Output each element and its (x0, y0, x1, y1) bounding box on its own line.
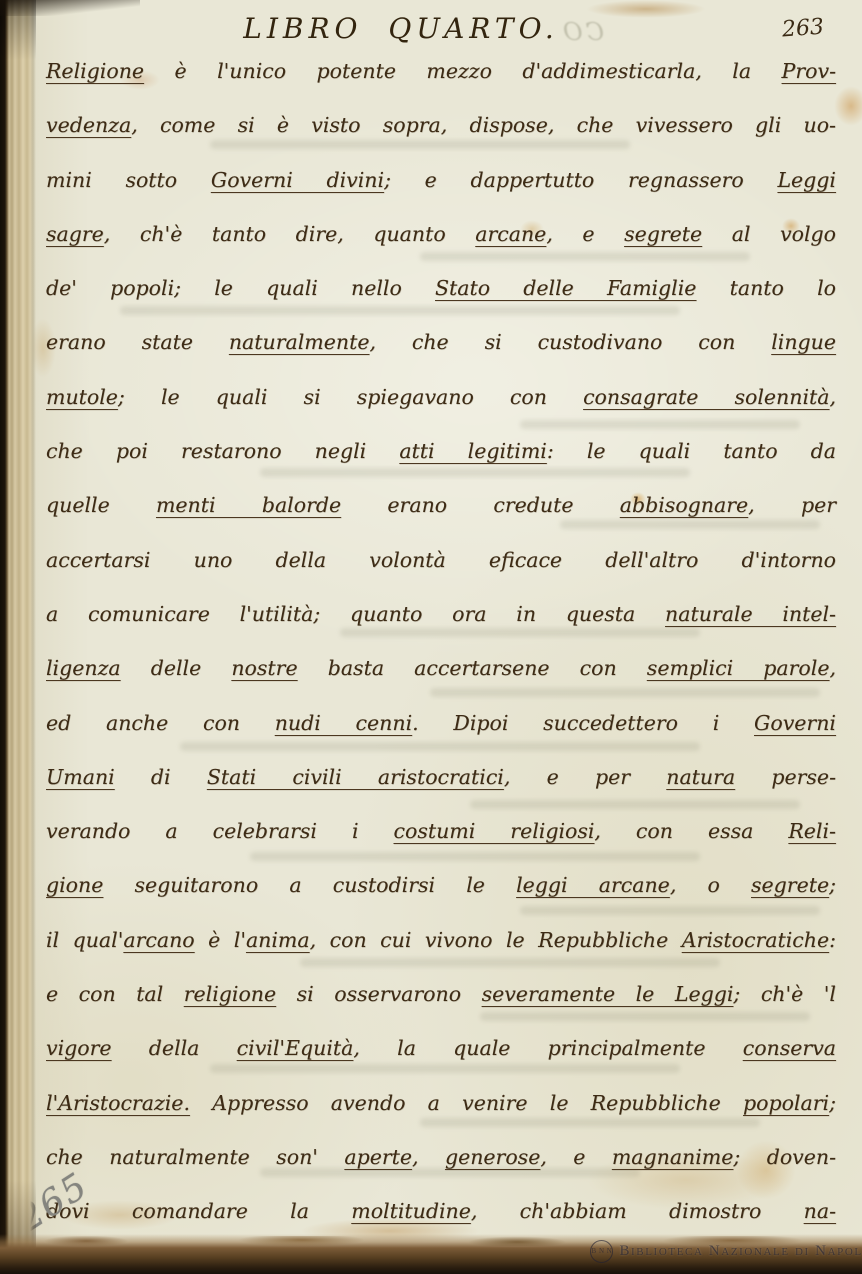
underlined-phrase: Leggi (777, 168, 836, 192)
manuscript-line: vigore della civil'Equità, la quale prin… (46, 1021, 836, 1075)
text-segment: quelle (46, 493, 156, 517)
text-segment: . Dipoi succedettero i (412, 711, 754, 735)
manuscript-line: il qual'arcano è l'anima, con cui vivono… (46, 913, 836, 967)
underlined-phrase: atti legitimi (399, 439, 547, 463)
text-segment: verando a celebrarsi i (46, 819, 394, 843)
text-segment: a comunicare l'utilità; quanto ora in qu… (46, 602, 665, 626)
text-segment: tanto lo (696, 276, 836, 300)
manuscript-line: che poi restarono negli atti legitimi: l… (46, 424, 836, 478)
underlined-phrase: severamente le Leggi (482, 982, 734, 1006)
text-segment: , (829, 656, 836, 680)
text-segment: accertarsi uno della volontà eficace del… (46, 548, 836, 572)
text-segment: , la quale principalmente (353, 1036, 742, 1060)
manuscript-line: vedenza, come si è visto sopra, dispose,… (46, 98, 836, 152)
manuscript-line: Umani di Stati civili aristocratici, e p… (46, 750, 836, 804)
text-segment: seguitarono a custodirsi le (103, 873, 516, 897)
underlined-phrase: naturalmente (229, 330, 370, 354)
text-segment: è l'unico potente mezzo d'addimesticarla… (144, 59, 782, 83)
underlined-phrase: leggi arcane (516, 873, 670, 897)
underlined-phrase: nostre (231, 656, 297, 680)
text-segment: che poi restarono negli (46, 439, 399, 463)
text-segment: , (412, 1145, 445, 1169)
text-segment: perse- (735, 765, 836, 789)
text-segment: è l' (195, 928, 246, 952)
manuscript-line: erano state naturalmente, che si custodi… (46, 315, 836, 369)
manuscript-line: Religione è l'unico potente mezzo d'addi… (46, 44, 836, 98)
underlined-phrase: anima (246, 928, 310, 952)
text-segment: , e (540, 1145, 611, 1169)
underlined-phrase: costumi religiosi (394, 819, 595, 843)
text-segment: Appresso avendo a venire le Repubbliche (190, 1091, 743, 1115)
folio-number: 263 (781, 15, 825, 43)
text-segment: de' popoli; le quali nello (46, 276, 435, 300)
text-segment: , ch'abbiam dimostro (471, 1199, 804, 1223)
text-segment: : (829, 928, 836, 952)
text-segment: , con cui vivono le Repubbliche (310, 928, 682, 952)
underlined-phrase: naturale intel- (665, 602, 836, 626)
underlined-phrase: vigore (46, 1036, 112, 1060)
book-binding-edge (0, 0, 36, 1274)
underlined-phrase: consagrate solennità (583, 385, 829, 409)
text-segment: , con essa (594, 819, 788, 843)
underlined-phrase: moltitudine (351, 1199, 471, 1223)
text-segment: ; (829, 873, 836, 897)
underlined-phrase: semplici parole (647, 656, 830, 680)
underlined-phrase: l'Aristocrazie. (46, 1091, 190, 1115)
text-segment: , ch'è tanto dire, quanto (104, 222, 475, 246)
underlined-phrase: Umani (46, 765, 115, 789)
text-segment: al volgo (702, 222, 836, 246)
manuscript-line: mini sotto Governi divini; e dappertutto… (46, 153, 836, 207)
manuscript-line: gione seguitarono a custodirsi le leggi … (46, 858, 836, 912)
text-segment: , che si custodivano con (369, 330, 771, 354)
text-segment: , e (546, 222, 624, 246)
underlined-phrase: Aristocratiche (682, 928, 829, 952)
underlined-phrase: natura (666, 765, 735, 789)
text-segment: , e per (504, 765, 666, 789)
text-segment: erano state (46, 330, 229, 354)
underlined-phrase: menti balorde (156, 493, 341, 517)
underlined-phrase: mutole (46, 385, 118, 409)
manuscript-line: mutole; le quali si spiegavano con consa… (46, 370, 836, 424)
underlined-phrase: Stato delle Famiglie (435, 276, 696, 300)
text-segment: , o (670, 873, 751, 897)
underlined-phrase: civil'Equità (237, 1036, 354, 1060)
text-segment: della (112, 1036, 237, 1060)
underlined-phrase: segrete (751, 873, 829, 897)
text-segment: si osservarono (276, 982, 481, 1006)
underlined-phrase: aperte (344, 1145, 412, 1169)
underlined-phrase: gione (46, 873, 103, 897)
underlined-phrase: popolari (743, 1091, 829, 1115)
text-segment: ; le quali si spiegavano con (118, 385, 583, 409)
manuscript-line: a comunicare l'utilità; quanto ora in qu… (46, 587, 836, 641)
manuscript-line: de' popoli; le quali nello Stato delle F… (46, 261, 836, 315)
text-segment: ed anche con (46, 711, 275, 735)
bottom-page-edge (0, 1234, 862, 1274)
manuscript-line: accertarsi uno della volontà eficace del… (46, 533, 836, 587)
underlined-phrase: Religione (46, 59, 144, 83)
text-segment: : le quali tanto da (547, 439, 836, 463)
underlined-phrase: vedenza (46, 113, 131, 137)
underlined-phrase: Stati civili aristocratici (207, 765, 504, 789)
page-title: LIBRO QUARTO. (0, 12, 802, 45)
text-segment: ; ch'è 'l (733, 982, 836, 1006)
text-segment: basta accertarsene con (298, 656, 647, 680)
text-segment: ; doven- (733, 1145, 836, 1169)
text-segment: il qual' (46, 928, 123, 952)
underlined-phrase: Governi divini (211, 168, 384, 192)
manuscript-text: Religione è l'unico potente mezzo d'addi… (46, 44, 836, 1239)
manuscript-page-scan: CO LIBRO QUARTO. 263 Religione è l'unico… (0, 0, 862, 1274)
manuscript-line: che naturalmente son' aperte, generose, … (46, 1130, 836, 1184)
underlined-phrase: Reli- (788, 819, 836, 843)
underlined-phrase: abbisognare (620, 493, 748, 517)
manuscript-line: dovi comandare la moltitudine, ch'abbiam… (46, 1184, 836, 1238)
underlined-phrase: ligenza (46, 656, 121, 680)
manuscript-line: e con tal religione si osservarono sever… (46, 967, 836, 1021)
text-segment: delle (121, 656, 232, 680)
underlined-phrase: na- (804, 1199, 836, 1223)
top-corner-shadow (0, 0, 140, 16)
manuscript-line: ligenza delle nostre basta accertarsene … (46, 641, 836, 695)
underlined-phrase: lingue (771, 330, 836, 354)
text-segment: , (829, 385, 836, 409)
underlined-phrase: conserva (743, 1036, 836, 1060)
text-segment: che naturalmente son' (46, 1145, 344, 1169)
text-segment: ; e dappertutto regnassero (384, 168, 777, 192)
text-segment: ; (829, 1091, 836, 1115)
manuscript-line: sagre, ch'è tanto dire, quanto arcane, e… (46, 207, 836, 261)
text-segment: mini sotto (46, 168, 211, 192)
text-segment: , come si è visto sopra, dispose, che vi… (131, 113, 836, 137)
manuscript-line: l'Aristocrazie. Appresso avendo a venire… (46, 1076, 836, 1130)
text-segment: erano credute (341, 493, 620, 517)
text-segment: e con tal (46, 982, 184, 1006)
underlined-phrase: religione (184, 982, 276, 1006)
underlined-phrase: arcane (475, 222, 546, 246)
underlined-phrase: sagre (46, 222, 104, 246)
manuscript-line: verando a celebrarsi i costumi religiosi… (46, 804, 836, 858)
underlined-phrase: arcano (123, 928, 194, 952)
text-segment: , per (748, 493, 836, 517)
underlined-phrase: magnanime (612, 1145, 734, 1169)
manuscript-line: ed anche con nudi cenni. Dipoi succedett… (46, 696, 836, 750)
underlined-phrase: segrete (624, 222, 702, 246)
manuscript-line: quelle menti balorde erano credute abbis… (46, 478, 836, 532)
underlined-phrase: Governi (754, 711, 836, 735)
text-segment: di (115, 765, 207, 789)
underlined-phrase: nudi cenni (275, 711, 412, 735)
text-segment: dovi comandare la (46, 1199, 351, 1223)
underlined-phrase: generose (445, 1145, 540, 1169)
underlined-phrase: Prov- (782, 59, 836, 83)
